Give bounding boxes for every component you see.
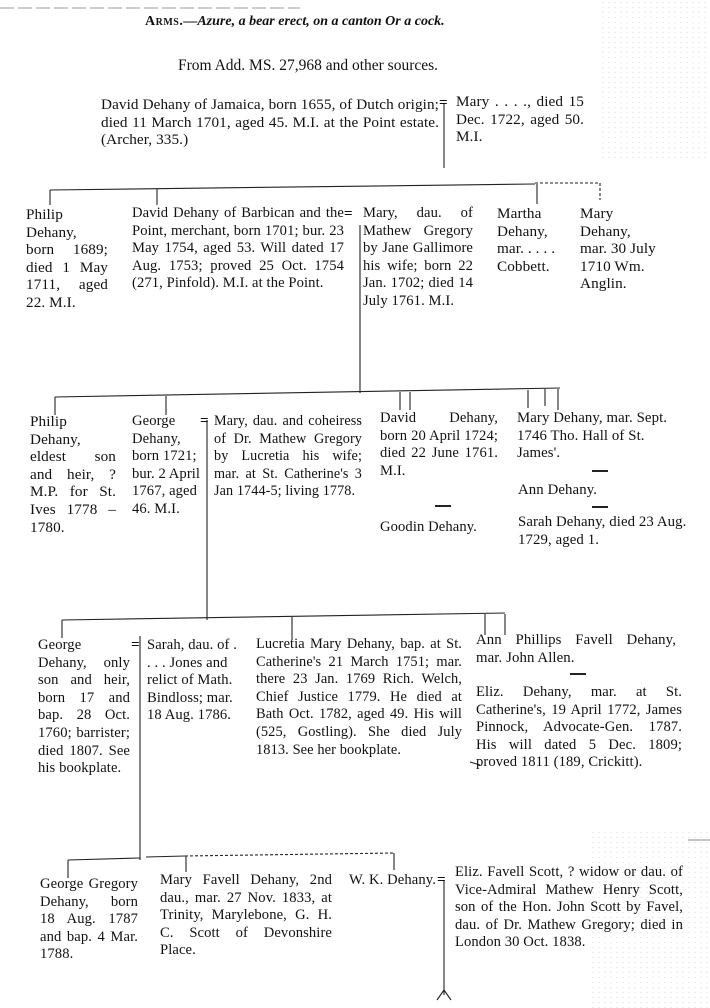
person-george-gregory-dehany: George Gregory Dehany, born 18 Aug. 1787…: [40, 876, 138, 964]
arms-text: —Azure, a bear erect, on a canton Or a c…: [183, 14, 444, 29]
separator-dash: [592, 470, 608, 472]
person-mary-dehany-anglin: Mary Dehany, mar. 30 July 1710 Wm. Angli…: [580, 205, 660, 293]
person-mary-favell-dehany: Mary Favell Dehany, 2nd dau., mar. 27 No…: [160, 872, 332, 960]
person-sarah-dehany-1729: Sarah Dehany, died 23 Aug. 1729, aged 1.: [518, 514, 688, 549]
person-wk-dehany: W. K. Dehany.: [349, 872, 439, 890]
person-philip-dehany-heir: Philip Dehany, eldest son and heir, ? M.…: [30, 413, 116, 536]
separator-dash: [435, 505, 451, 507]
pedigree-page: Arms.—Azure, a bear erect, on a canton O…: [0, 0, 710, 1008]
person-ann-dehany: Ann Dehany.: [518, 482, 668, 500]
person-mary-coheiress-gregory: Mary, dau. and coheiress of Dr. Mathew G…: [214, 413, 362, 501]
person-goodin-dehany: Goodin Dehany.: [380, 519, 480, 537]
person-mary-dehany-hall: Mary Dehany, mar. Sept. 1746 Tho. Hall o…: [517, 410, 687, 463]
marriage-symbol: =: [437, 871, 446, 889]
marriage-symbol: =: [131, 636, 140, 654]
person-lucretia-mary-dehany: Lucretia Mary Dehany, bap. at St. Cather…: [256, 636, 462, 759]
person-sarah-jones-bindloss: Sarah, dau. of . . . . Jones and relict …: [147, 637, 239, 725]
arms-blazon: Arms.—Azure, a bear erect, on a canton O…: [145, 14, 445, 30]
person-david-dehany-1724: David Dehany, born 20 April 1724; died 2…: [380, 410, 498, 480]
separator-dash: [570, 673, 586, 675]
source-note: From Add. MS. 27,968 and other sources.: [178, 57, 438, 75]
separator-dash: [592, 506, 608, 508]
marriage-symbol: =: [439, 94, 448, 112]
person-martha-dehany: Martha Dehany, mar. . . . . Cobbett.: [497, 205, 569, 275]
person-george-dehany-1721: George Dehany, born 1721; bur. 2 April 1…: [132, 413, 202, 519]
person-philip-dehany-1689: Philip Dehany, born 1689; died 1 May 171…: [26, 206, 108, 312]
person-eliz-favell-scott: Eliz. Favell Scott, ? widow or dau. of V…: [455, 864, 683, 952]
marriage-symbol: =: [344, 205, 353, 223]
marriage-symbol: =: [200, 412, 209, 430]
person-ann-phillips-favell-dehany: Ann Phillips Favell Dehany, mar. John Al…: [476, 632, 676, 667]
person-david-dehany-barbican: David Dehany of Barbican and the Point, …: [132, 205, 344, 293]
person-mary-gregory: Mary, dau. of Mathew Gregory by Jane Gal…: [363, 205, 473, 311]
person-george-dehany-1760: George Dehany, only son and heir, born 1…: [38, 637, 130, 778]
person-eliz-dehany-pinnock: Eliz. Dehany, mar. at St. Catherine's, 1…: [476, 684, 682, 772]
person-david-dehany-jamaica: David Dehany of Jamaica, born 1655, of D…: [101, 96, 439, 149]
arms-label: Arms.: [145, 14, 183, 29]
person-mary-wife-of-david: Mary . . . ., died 15 Dec. 1722, aged 50…: [456, 93, 584, 146]
